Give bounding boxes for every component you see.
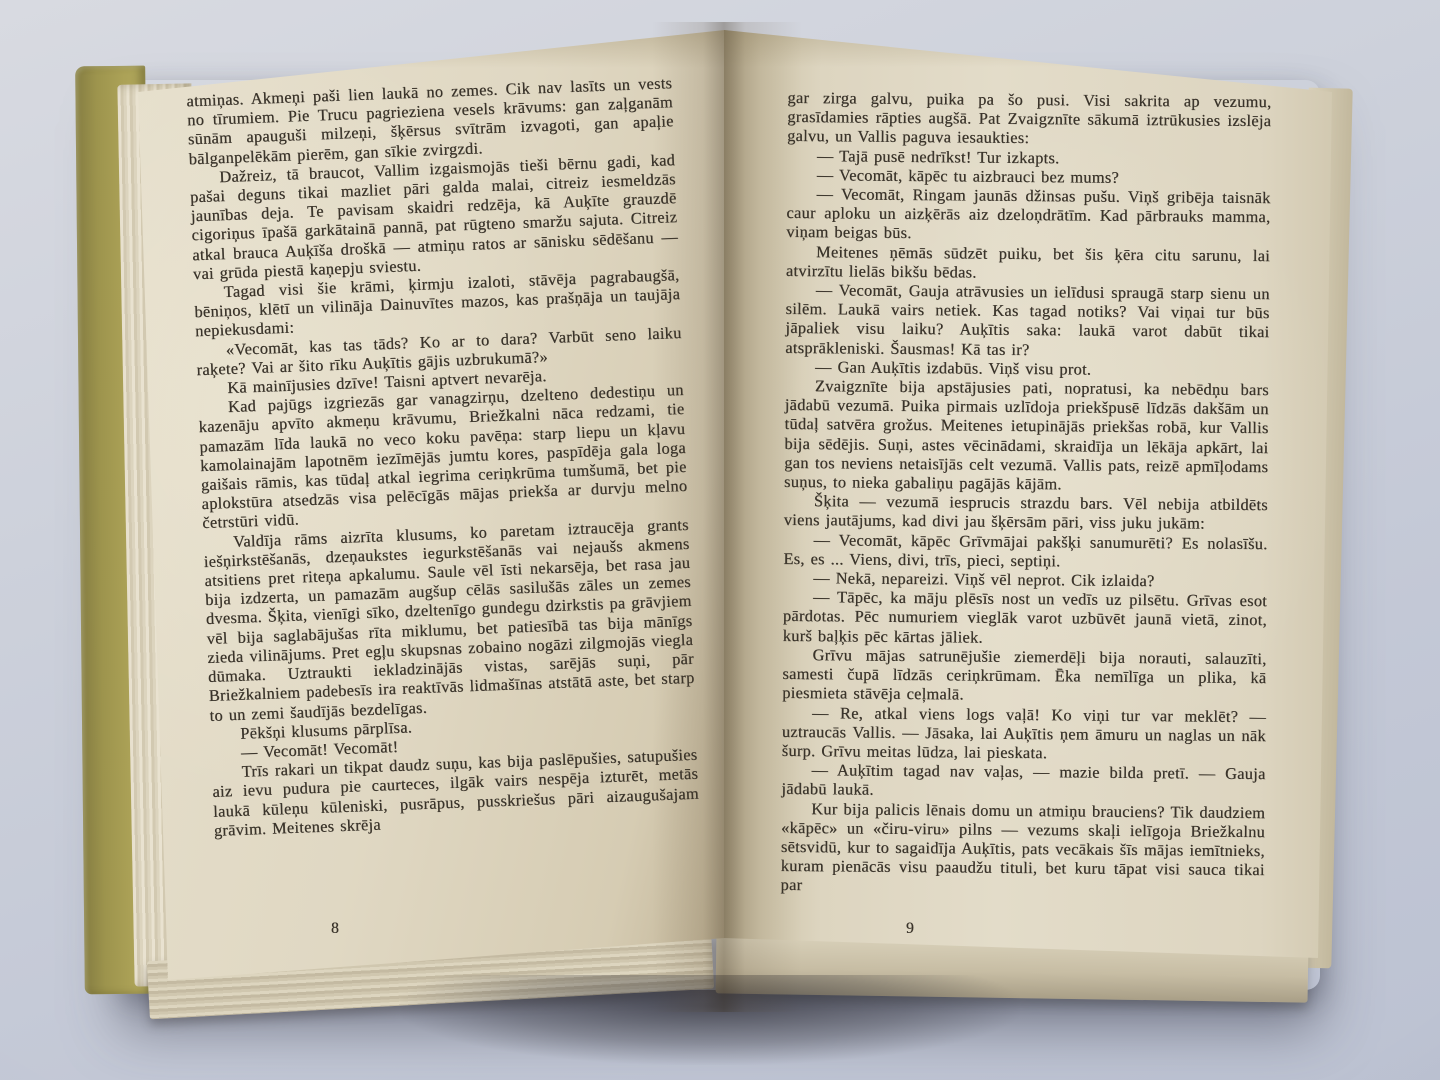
book-photo: atmiņas. Akmeņi paši lien laukā no zemes…: [0, 0, 1440, 1080]
paragraph: — Auķītim tagad nav vaļas, — mazie bilda…: [781, 760, 1265, 803]
paragraph: — Vecomāt, Gauja atrāvusies un ielīdusi …: [785, 280, 1270, 361]
paragraph: Valdīja rāms aizrīta klusums, ko paretam…: [203, 515, 696, 725]
paragraph: Meitenes ņēmās sūdzēt puiku, bet šis ķēr…: [786, 242, 1270, 285]
paragraph: — Tāpēc, ka māju plēsīs nost un vedīs uz…: [783, 587, 1267, 649]
paragraph: Zvaigznīte bija apstājusies pati, noprat…: [784, 376, 1269, 495]
paragraph: Dažreiz, tā braucot, Vallim izgaismojās …: [189, 150, 679, 283]
left-page-number: 8: [331, 920, 339, 938]
paragraph: — Vecomāt, Ringam jaunās džinsas pušu. V…: [786, 184, 1270, 246]
left-page: atmiņas. Akmeņi paši lien laukā no zemes…: [138, 30, 725, 980]
right-page: gar zirga galvu, puika pa šo pusi. Visi …: [724, 30, 1333, 960]
paragraph: Kad pajūgs izgriezās gar vanagzirņu, dze…: [198, 380, 689, 533]
left-page-text: atmiņas. Akmeņi paši lien laukā no zemes…: [186, 73, 700, 840]
right-page-text: gar zirga galvu, puika pa šo pusi. Visi …: [780, 88, 1271, 899]
paragraph: Šķita — vezumā iesprucis strazdu bars. V…: [784, 491, 1268, 534]
paragraph: Grīvu mājas satrunējušie ziemerdēļi bija…: [782, 645, 1266, 707]
paragraph: gar zirga galvu, puika pa šo pusi. Visi …: [787, 88, 1271, 150]
paragraph: — Vecomāt, kāpēc Grīvmājai pakšķi sanumu…: [783, 530, 1267, 573]
paragraph: — Re, atkal viens logs vaļā! Ko viņi tur…: [782, 702, 1266, 764]
paragraph: Kur bija palicis lēnais domu un atmiņu b…: [780, 798, 1265, 898]
right-page-number: 9: [906, 920, 914, 938]
